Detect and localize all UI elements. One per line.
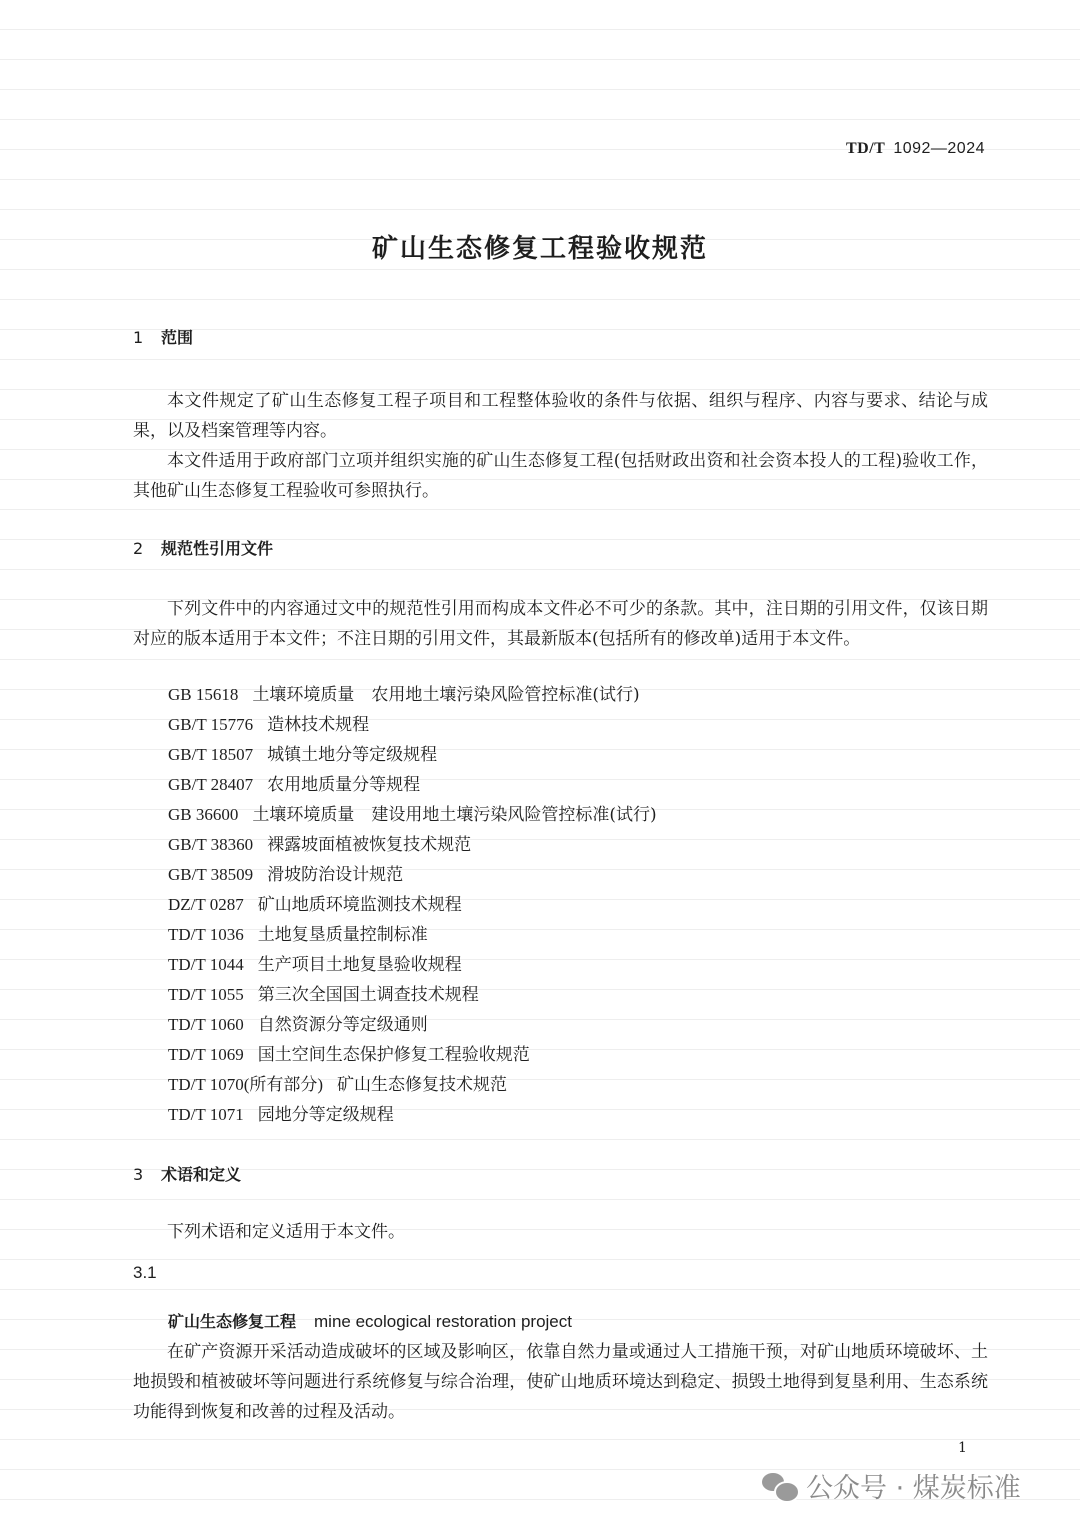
- reference-code: GB/T 38509: [168, 860, 253, 890]
- reference-item: GB 36600土壤环境质量 建设用地土壤污染风险管控标准(试行): [168, 800, 657, 830]
- reference-code: TD/T 1060: [168, 1010, 244, 1040]
- standard-prefix: TD/T: [846, 140, 885, 157]
- reference-name: 城镇土地分等定级规程: [267, 745, 437, 765]
- reference-name: 土壤环境质量 农用地土壤污染风险管控标准(试行): [252, 685, 639, 705]
- page-number: 1: [958, 1440, 967, 1456]
- reference-name: 滑坡防治设计规范: [267, 865, 403, 885]
- reference-name: 农用地质量分等规程: [267, 775, 420, 795]
- reference-code: TD/T 1055: [168, 980, 244, 1010]
- term-number: 3.1: [133, 1263, 157, 1283]
- section-number: 1: [133, 328, 161, 347]
- reference-item: TD/T 1070(所有部分)矿山生态修复技术规范: [168, 1070, 657, 1100]
- section-2-intro: 下列文件中的内容通过文中的规范性引用而构成本文件必不可少的条款。其中，注日期的引…: [133, 594, 988, 654]
- reference-code: TD/T 1069: [168, 1040, 244, 1070]
- reference-name: 第三次全国国土调查技术规程: [258, 985, 479, 1005]
- watermark-text: 公众号 · 煤炭标准: [806, 1466, 1021, 1505]
- section-title: 规范性引用文件: [161, 539, 273, 558]
- standard-number: 1092—2024: [893, 140, 985, 157]
- reference-item: GB/T 38360裸露坡面植被恢复技术规范: [168, 830, 657, 860]
- normative-references-list: GB 15618土壤环境质量 农用地土壤污染风险管控标准(试行) GB/T 15…: [168, 680, 657, 1130]
- reference-item: GB/T 28407农用地质量分等规程: [168, 770, 657, 800]
- term-chinese: 矿山生态修复工程: [168, 1312, 296, 1331]
- reference-code: TD/T 1044: [168, 950, 244, 980]
- reference-code: GB/T 38360: [168, 830, 253, 860]
- reference-item: TD/T 1044生产项目土地复垦验收规程: [168, 950, 657, 980]
- reference-code: GB/T 15776: [168, 710, 253, 740]
- reference-code: GB/T 28407: [168, 770, 253, 800]
- term-heading: 矿山生态修复工程mine ecological restoration proj…: [168, 1309, 572, 1332]
- reference-name: 自然资源分等定级通则: [258, 1015, 428, 1035]
- watermark: 公众号 · 煤炭标准: [762, 1466, 1021, 1505]
- reference-code: GB 15618: [168, 680, 238, 710]
- reference-code: GB/T 18507: [168, 740, 253, 770]
- document-title: 矿山生态修复工程验收规范: [0, 228, 1080, 265]
- reference-name: 土壤环境质量 建设用地土壤污染风险管控标准(试行): [252, 805, 656, 825]
- section-title: 范围: [161, 328, 193, 347]
- reference-name: 裸露坡面植被恢复技术规范: [267, 835, 471, 855]
- term-english: mine ecological restoration project: [314, 1312, 572, 1331]
- reference-code: TD/T 1036: [168, 920, 244, 950]
- reference-name: 生产项目土地复垦验收规程: [258, 955, 462, 975]
- section-title: 术语和定义: [161, 1165, 241, 1184]
- section-2-heading: 2规范性引用文件: [133, 536, 273, 559]
- reference-item: TD/T 1036土地复垦质量控制标准: [168, 920, 657, 950]
- section-number: 3: [133, 1165, 161, 1184]
- reference-code: TD/T 1071: [168, 1100, 244, 1130]
- reference-code: GB 36600: [168, 800, 238, 830]
- reference-name: 国土空间生态保护修复工程验收规范: [258, 1045, 530, 1065]
- section-1-paragraph-1: 本文件规定了矿山生态修复工程子项目和工程整体验收的条件与依据、组织与程序、内容与…: [133, 386, 988, 446]
- reference-item: TD/T 1069国土空间生态保护修复工程验收规范: [168, 1040, 657, 1070]
- reference-code: TD/T 1070(所有部分): [168, 1070, 323, 1100]
- reference-item: GB 15618土壤环境质量 农用地土壤污染风险管控标准(试行): [168, 680, 657, 710]
- term-definition: 在矿产资源开采活动造成破坏的区域及影响区，依靠自然力量或通过人工措施干预，对矿山…: [133, 1337, 988, 1427]
- section-1-paragraph-2: 本文件适用于政府部门立项并组织实施的矿山生态修复工程(包括财政出资和社会资本投人…: [133, 446, 988, 506]
- reference-item: TD/T 1071园地分等定级规程: [168, 1100, 657, 1130]
- reference-item: GB/T 15776造林技术规程: [168, 710, 657, 740]
- reference-item: TD/T 1055第三次全国国土调查技术规程: [168, 980, 657, 1010]
- reference-item: TD/T 1060自然资源分等定级通则: [168, 1010, 657, 1040]
- reference-code: DZ/T 0287: [168, 890, 244, 920]
- reference-name: 园地分等定级规程: [258, 1105, 394, 1125]
- section-3-heading: 3术语和定义: [133, 1162, 241, 1185]
- reference-name: 造林技术规程: [267, 715, 369, 735]
- standard-code: TD/T1092—2024: [846, 140, 985, 158]
- section-number: 2: [133, 539, 161, 558]
- reference-name: 矿山地质环境监测技术规程: [258, 895, 462, 915]
- wechat-icon: [762, 1471, 798, 1501]
- reference-item: GB/T 38509滑坡防治设计规范: [168, 860, 657, 890]
- reference-item: GB/T 18507城镇土地分等定级规程: [168, 740, 657, 770]
- reference-item: DZ/T 0287矿山地质环境监测技术规程: [168, 890, 657, 920]
- reference-name: 矿山生态修复技术规范: [337, 1075, 507, 1095]
- reference-name: 土地复垦质量控制标准: [258, 925, 428, 945]
- section-1-heading: 1范围: [133, 325, 193, 348]
- section-3-intro: 下列术语和定义适用于本文件。: [133, 1217, 988, 1247]
